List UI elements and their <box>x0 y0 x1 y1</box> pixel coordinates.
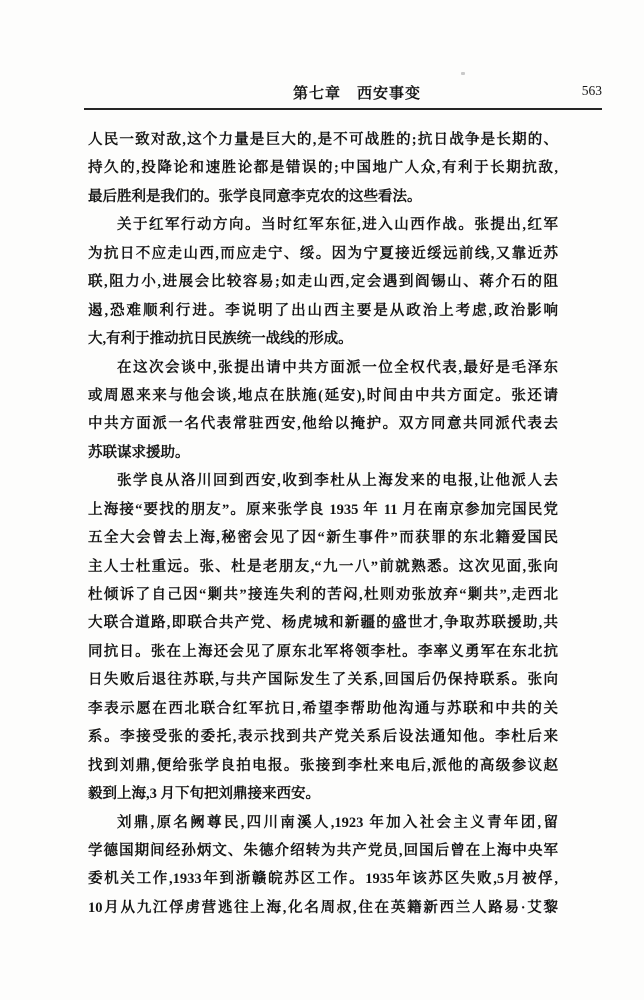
text-line: 持久的,投降论和速胜论都是错误的;中国地广人众,有利于长期抗敌, <box>88 154 558 182</box>
text-line: 杜倾诉了自己因“剿共”接连失利的苦闷,杜则劝张放弃“剿共”,走西北 <box>88 581 558 609</box>
text-line: 刘鼎,原名阙尊民,四川南溪人,1923 年加入社会主义青年团,留 <box>88 809 558 837</box>
text-line: 学德国期间经孙炳文、朱德介绍转为共产党员,回国后曾在上海中央军 <box>88 837 558 865</box>
text-line: 系。李接受张的委托,表示找到共产党关系后设法通知他。李杜后来 <box>88 723 558 751</box>
text-line: 找到刘鼎,便给张学良拍电报。张接到李杜来电后,派他的高级参议赵 <box>88 752 558 780</box>
page-number: 563 <box>582 83 602 99</box>
book-page: 第七章 西安事变 563 人民一致对敌,这个力量是巨大的,是不可战胜的;抗日战争… <box>0 0 644 1000</box>
text-line: 主人士杜重远。张、杜是老朋友,“九一八”前就熟悉。这次见面,张向 <box>88 553 558 581</box>
text-line: 人民一致对敌,这个力量是巨大的,是不可战胜的;抗日战争是长期的、 <box>88 126 558 154</box>
text-line: 大联合道路,即联合共产党、杨虎城和新疆的盛世才,争取苏联援助,共 <box>88 609 558 637</box>
chapter-title: 第七章 西安事变 <box>98 82 616 103</box>
text-line: 中共方面派一名代表常驻西安,他给以掩护。双方同意共同派代表去 <box>88 410 558 438</box>
text-line: 在这次会谈中,张提出请中共方面派一位全权代表,最好是毛泽东 <box>88 354 558 382</box>
text-line: 五全大会曾去上海,秘密会见了因“新生事件”而获罪的东北籍爱国民 <box>88 524 558 552</box>
text-line: 毅到上海,3 月下旬把刘鼎接来西安。 <box>88 780 558 808</box>
text-line: 大,有利于推动抗日民族统一战线的形成。 <box>88 325 558 353</box>
text-line: 最后胜利是我们的。张学良同意李克农的这些看法。 <box>88 183 558 211</box>
header-rule <box>84 108 602 110</box>
text-line: 张学良从洛川回到西安,收到李杜从上海发来的电报,让他派人去 <box>88 467 558 495</box>
text-line: 联,阻力小,进展会比较容易;如走山西,定会遇到阎锡山、蒋介石的阻 <box>88 268 558 296</box>
text-line: 上海接“要找的朋友”。原来张学良 1935 年 11 月在南京参加完国民党 <box>88 496 558 524</box>
text-line: 李表示愿在西北联合红军抗日,希望李帮助他沟通与苏联和中共的关 <box>88 695 558 723</box>
text-line: 同抗日。张在上海还会见了原东北军将领李杜。李率义勇军在东北抗 <box>88 638 558 666</box>
scan-speck <box>461 72 465 75</box>
running-head: 第七章 西安事变 563 <box>84 82 602 104</box>
body-text: 人民一致对敌,这个力量是巨大的,是不可战胜的;抗日战争是长期的、持久的,投降论和… <box>88 126 558 922</box>
text-line: 或周恩来来与他会谈,地点在肤施(延安),时间由中共方面定。张还请 <box>88 382 558 410</box>
text-line: 为抗日不应走山西,而应走宁、绥。因为宁夏接近绥远前线,又靠近苏 <box>88 240 558 268</box>
text-line: 苏联谋求援助。 <box>88 439 558 467</box>
text-line: 10月从九江俘虏营逃往上海,化名周叔,住在英籍新西兰人路易·艾黎 <box>88 894 558 922</box>
text-line: 遏,恐难顺利行进。李说明了出山西主要是从政治上考虑,政治影响 <box>88 297 558 325</box>
text-line: 委机关工作,1933年到浙赣皖苏区工作。1935年该苏区失败,5月被俘, <box>88 865 558 893</box>
text-line: 关于红军行动方向。当时红军东征,进入山西作战。张提出,红军 <box>88 211 558 239</box>
text-line: 日失败后退往苏联,与共产国际发生了关系,回国后仍保持联系。张向 <box>88 666 558 694</box>
